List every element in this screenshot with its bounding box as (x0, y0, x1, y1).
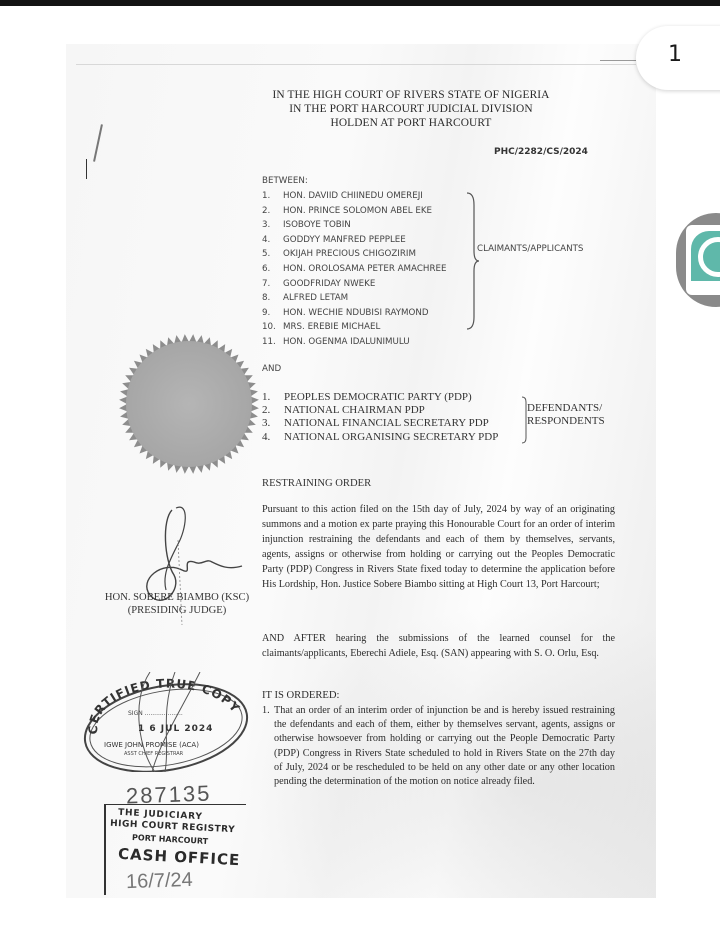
list-item: 6.HON. OROLOSAMA PETER AMACHREE (262, 262, 446, 277)
page-number: 1 (668, 42, 682, 67)
claimants-label: CLAIMANTS/APPLICANTS (477, 244, 583, 254)
list-item: 2.HON. PRINCE SOLOMON ABEL EKE (262, 204, 446, 219)
list-item: 11.HON. OGENMA IDALUNIMULU (262, 335, 446, 350)
judge-block: HON. SOBERE BIAMBO (KSC) (PRESIDING JUDG… (92, 591, 262, 617)
judge-name: HON. SOBERE BIAMBO (KSC) (92, 591, 262, 604)
cash-office-date: 16/7/24 (126, 869, 193, 894)
list-item: 3.ISOBOYE TOBIN (262, 218, 446, 233)
suit-number: PHC/2282/CS/2024 (494, 147, 588, 157)
heading-line: HOLDEN AT PORT HARCOURT (246, 116, 576, 130)
defendants-label: DEFENDANTS/ RESPONDENTS (527, 402, 605, 428)
list-item: 7.GOODFRIDAY NWEKE (262, 277, 446, 292)
claimants-list: 1.HON. DAVIID CHIINEDU OMEREJI 2.HON. PR… (262, 189, 446, 350)
judge-title: (PRESIDING JUDGE) (92, 604, 262, 617)
ctc-officer-title: ASST CHIEF REGISTRAR (124, 751, 183, 757)
order-item: 1. That an order of an interim order of … (262, 704, 615, 789)
list-item: 1.HON. DAVIID CHIINEDU OMEREJI (262, 189, 446, 204)
status-bar (0, 0, 720, 6)
list-item: 5.OKIJAH PRECIOUS CHIGOZIRIM (262, 247, 446, 262)
list-item: 9.HON. WECHIE NDUBISI RAYMOND (262, 306, 446, 321)
claimants-brace (466, 191, 480, 331)
certified-true-copy-stamp: CERTIFIED TRUE COPY (80, 672, 252, 772)
list-item: 4.NATIONAL ORGANISING SECRETARY PDP (262, 431, 498, 444)
page-top-edge (76, 64, 636, 65)
court-heading: IN THE HIGH COURT OF RIVERS STATE OF NIG… (246, 88, 576, 130)
between-label: BETWEEN: (262, 176, 308, 186)
ctc-sign-line: SIGN .................... (128, 710, 183, 717)
margin-pen-mark (86, 159, 87, 179)
heading-line: IN THE PORT HARCOURT JUDICIAL DIVISION (246, 102, 576, 116)
recital-paragraph: Pursuant to this action filed on the 15t… (262, 502, 615, 592)
list-item: 8.ALFRED LETAM (262, 291, 446, 306)
ordered-label: IT IS ORDERED: (262, 690, 340, 701)
list-item: 2.NATIONAL CHAIRMAN PDP (262, 404, 498, 417)
defendants-list: 1.PEOPLES DEMOCRATIC PARTY (PDP) 2.NATIO… (262, 391, 498, 444)
document-page: IN THE HIGH COURT OF RIVERS STATE OF NIG… (66, 44, 656, 898)
embossed-seal-icon (118, 333, 260, 475)
floating-lens-button[interactable] (676, 213, 720, 307)
hearing-paragraph: AND AFTER hearing the submissions of the… (262, 631, 615, 661)
badge-connector (600, 60, 636, 61)
list-item: 10.MRS. EREBIE MICHAEL (262, 320, 446, 335)
and-label: AND (262, 364, 281, 374)
ctc-date: 1 6 JUL 2024 (138, 724, 213, 734)
list-item: 1.PEOPLES DEMOCRATIC PARTY (PDP) (262, 391, 498, 404)
order-title: RESTRAINING ORDER (262, 478, 371, 489)
ctc-officer: IGWE JOHN PROMISE (ACA) (104, 741, 199, 749)
list-item: 3.NATIONAL FINANCIAL SECRETARY PDP (262, 417, 498, 430)
heading-line: IN THE HIGH COURT OF RIVERS STATE OF NIG… (246, 88, 576, 102)
margin-pen-mark (93, 124, 103, 162)
list-item: 4.GODDYY MANFRED PEPPLEE (262, 233, 446, 248)
